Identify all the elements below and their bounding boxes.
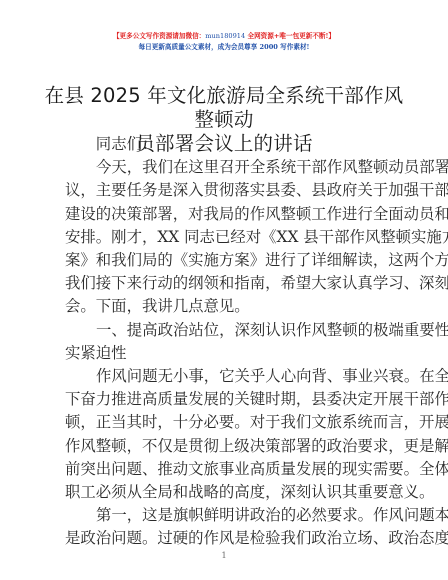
text-line: 职工必须从全局和战略的高度，深刻认识其重要意义。 bbox=[65, 481, 383, 504]
salutation: 同志们： bbox=[65, 133, 383, 156]
promo-line-1-prefix: 【更多公文写作资源请加微信： bbox=[113, 32, 205, 40]
text-line: 一、提高政治站位，深刻认识作风整顿的极端重要性和现 bbox=[65, 319, 383, 342]
text-line: 建设的决策部署，对我局的作风整顿工作进行全面动员和系统 bbox=[65, 203, 383, 226]
document-body: 同志们： 今天，我们在这里召开全系统干部作风整顿动员部署会 议，主要任务是深入贯… bbox=[65, 133, 383, 551]
paragraph-section-1: 作风问题无小事，它关乎人心向背、事业兴衰。在全县上 下奋力推进高质量发展的关键时… bbox=[65, 365, 383, 504]
text-line: 作风整顿，不仅是贯彻上级决策部署的政治要求，更是解决当 bbox=[65, 435, 383, 458]
text-line: 安排。刚才，XX 同志已经对《XX 县干部作风整顿实施方 bbox=[65, 226, 383, 249]
text-line: 顿，正当其时，十分必要。对于我们文旅系统而言，开展此次 bbox=[65, 411, 383, 434]
text-line: 会。下面，我讲几点意见。 bbox=[65, 295, 383, 318]
section-heading-1: 一、提高政治站位，深刻认识作风整顿的极端重要性和现 实紧迫性 bbox=[65, 319, 383, 365]
text-line: 议，主要任务是深入贯彻落实县委、县政府关于加强干部作风 bbox=[65, 179, 383, 202]
promo-line-1-suffix: 全网资源+唯一包更新不断!】 bbox=[245, 32, 335, 40]
text-line: 我们接下来行动的纲领和指南，希望大家认真学习、深刻领 bbox=[65, 272, 383, 295]
text-line: 第一，这是旗帜鲜明讲政治的必然要求。作风问题本质上 bbox=[65, 504, 383, 527]
document-page: 【更多公文写作资源请加微信：mun180914 全网资源+唯一包更新不断!】 每… bbox=[0, 0, 448, 580]
text-line: 实紧迫性 bbox=[65, 342, 383, 365]
promo-line-2: 每日更新高质量公文素材，成为会员尊享 2000 写作素材! bbox=[0, 42, 448, 53]
promo-line-1: 【更多公文写作资源请加微信：mun180914 全网资源+唯一包更新不断!】 bbox=[0, 31, 448, 42]
text-line: 今天，我们在这里召开全系统干部作风整顿动员部署会 bbox=[65, 156, 383, 179]
paragraph-intro: 今天，我们在这里召开全系统干部作风整顿动员部署会 议，主要任务是深入贯彻落实县委… bbox=[65, 156, 383, 318]
title-line-1: 在县 2025 年文化旅游局全系统干部作风整顿动 bbox=[40, 84, 408, 132]
text-line: 是政治问题。过硬的作风是检验我们政治立场、政治态度和政 bbox=[65, 527, 383, 550]
promo-banner: 【更多公文写作资源请加微信：mun180914 全网资源+唯一包更新不断!】 每… bbox=[0, 31, 448, 53]
text-line: 案》和我们局的《实施方案》进行了详细解读，这两个方案是 bbox=[65, 249, 383, 272]
text-line: 作风问题无小事，它关乎人心向背、事业兴衰。在全县上 bbox=[65, 365, 383, 388]
page-number: 1 bbox=[0, 551, 448, 560]
paragraph-point-1: 第一，这是旗帜鲜明讲政治的必然要求。作风问题本质上 是政治问题。过硬的作风是检验… bbox=[65, 504, 383, 550]
text-line: 前突出问题、推动文旅事业高质量发展的现实需要。全体干部 bbox=[65, 458, 383, 481]
text-line: 下奋力推进高质量发展的关键时期，县委决定开展干部作风整 bbox=[65, 388, 383, 411]
promo-wechat-id: mun180914 bbox=[205, 32, 245, 40]
